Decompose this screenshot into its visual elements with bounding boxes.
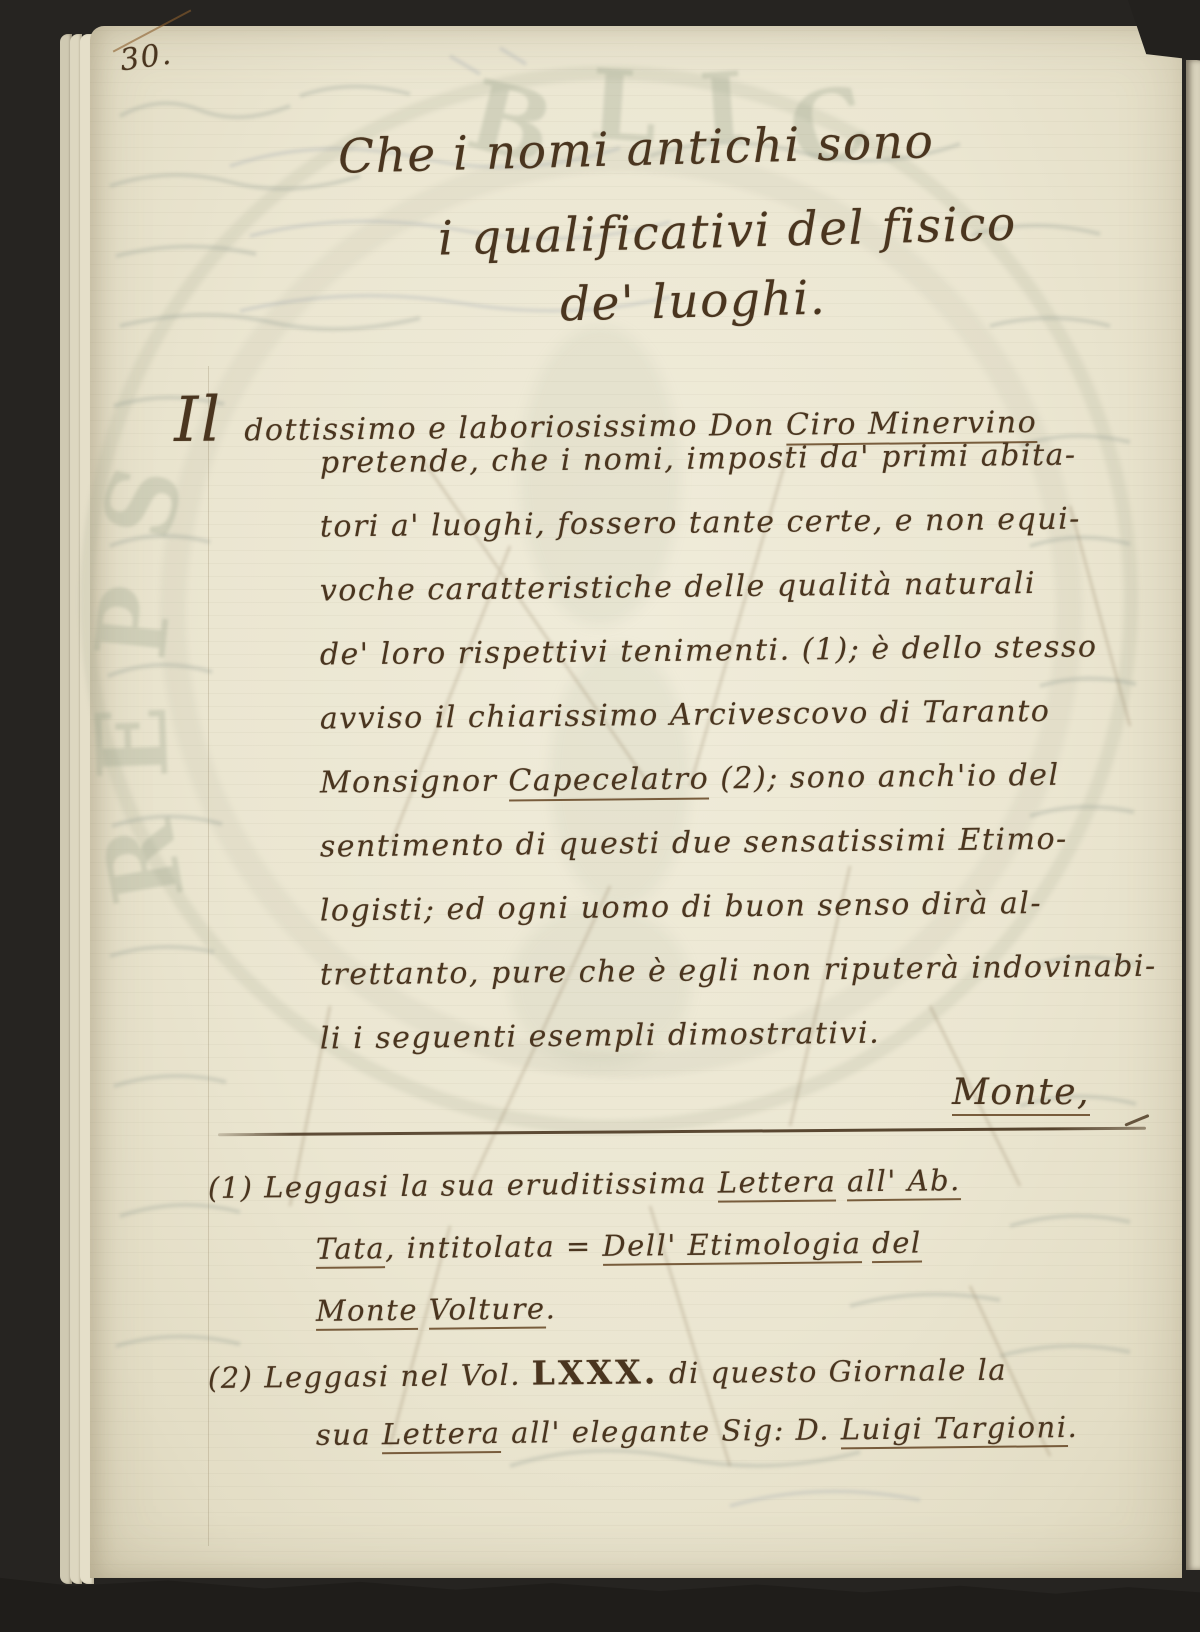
title-line-3: de' luoghi. [559,271,827,333]
title-line-1: Che i nomi antichi sono [337,114,935,185]
manuscript-page: B L I C S P E R [90,26,1182,1578]
text-segment: Monsignor [320,764,509,801]
text-segment: (2); sono anch'io del [709,758,1060,797]
underlined-text: del [872,1226,922,1264]
text-segment: di questo Giornale la [658,1353,1007,1391]
underlined-text: Volture [429,1291,546,1329]
text-segment: tori a' luoghi, fossero tante certe, e n… [320,502,1081,545]
text-segment: trettanto, pure che è egli non riputerà … [320,949,1157,993]
underlined-text: Tata [316,1231,386,1269]
text-segment: , intitolata = [385,1229,603,1265]
manuscript-line: de' loro rispettivi tenimenti. (1); è de… [152,629,1163,704]
footnote-line: (2) Leggasi nel Vol. LXXX. di questo Gio… [208,1347,1169,1419]
text-segment [418,1293,429,1327]
text-segment: avviso il chiarissimo Arcivescovo di Tar… [320,694,1051,737]
text-segment: Il [174,382,245,456]
title-line-2: i qualificativi del fisico [437,196,1017,266]
catchword-text: Monte, [952,1072,1090,1116]
text-segment: pretende, che i nomi, imposti da' primi … [320,438,1077,481]
text-segment: de' loro rispettivi tenimenti. (1); è de… [320,629,1098,672]
footnote-line: Monte Volture. [208,1285,1169,1357]
scanned-manuscript-page: B L I C S P E R [0,0,1200,1632]
underlined-text: Luigi Targioni [841,1410,1068,1449]
body-text-block: Il dottissimo e laboriosissimo Don Ciro … [152,378,1162,1082]
text-segment: logisti; ed ogni uomo di buon senso dirà… [320,886,1043,929]
text-segment: sua [316,1417,382,1452]
text-segment: . [1067,1410,1078,1444]
underlined-text: Lettera [382,1416,501,1454]
footnote-line: sua Lettera all' elegante Sig: D. Luigi … [208,1409,1169,1481]
text-segment: voche caratteristiche delle qualità natu… [320,566,1036,608]
text-segment: . [545,1291,556,1325]
manuscript-line: Monsignor Capecelatro (2); sono anch'io … [152,757,1163,832]
manuscript-line: sentimento di questi due sensatissimi Et… [152,821,1163,896]
underlined-text: Monte [316,1293,419,1331]
footnote-line: Tata, intitolata = Dell' Etimologia del [208,1223,1169,1295]
manuscript-line: logisti; ed ogni uomo di buon senso dirà… [152,885,1163,960]
text-segment: LXXX. [531,1352,658,1392]
underlined-text: Lettera [718,1164,837,1202]
text-segment: (2) Leggasi nel Vol. [208,1358,532,1395]
text-segment [861,1226,872,1260]
underlined-text: Capecelatro [508,761,709,801]
underlined-text: Dell' Etimologia [602,1226,861,1266]
manuscript-line: pretende, che i nomi, imposti da' primi … [152,437,1163,512]
adjacent-page-sliver [1186,60,1200,1570]
footnote-line: (1) Leggasi la sua eruditissima Lettera … [208,1161,1169,1233]
manuscript-line: voche caratteristiche delle qualità natu… [152,565,1163,640]
underlined-text: all' Ab. [847,1163,961,1201]
manuscript-line: trettanto, pure che è egli non riputerà … [152,949,1163,1024]
footnote-separator-rule [218,1127,1146,1136]
footnote-block: (1) Leggasi la sua eruditissima Lettera … [208,1166,1168,1476]
catchword: Monte, [952,1072,1090,1113]
manuscript-line: tori a' luoghi, fossero tante certe, e n… [152,501,1163,576]
text-segment: sentimento di questi due sensatissimi Et… [320,822,1068,865]
text-segment [836,1164,847,1198]
text-segment: all' elegante Sig: D. [500,1412,841,1450]
manuscript-line: avviso il chiarissimo Arcivescovo di Tar… [152,693,1163,768]
text-segment: (1) Leggasi la sua eruditissima [208,1166,718,1205]
text-segment: li i seguenti esempli dimostrativi. [320,1016,881,1057]
manuscript-line: Il dottissimo e laboriosissimo Don Ciro … [152,373,1163,448]
